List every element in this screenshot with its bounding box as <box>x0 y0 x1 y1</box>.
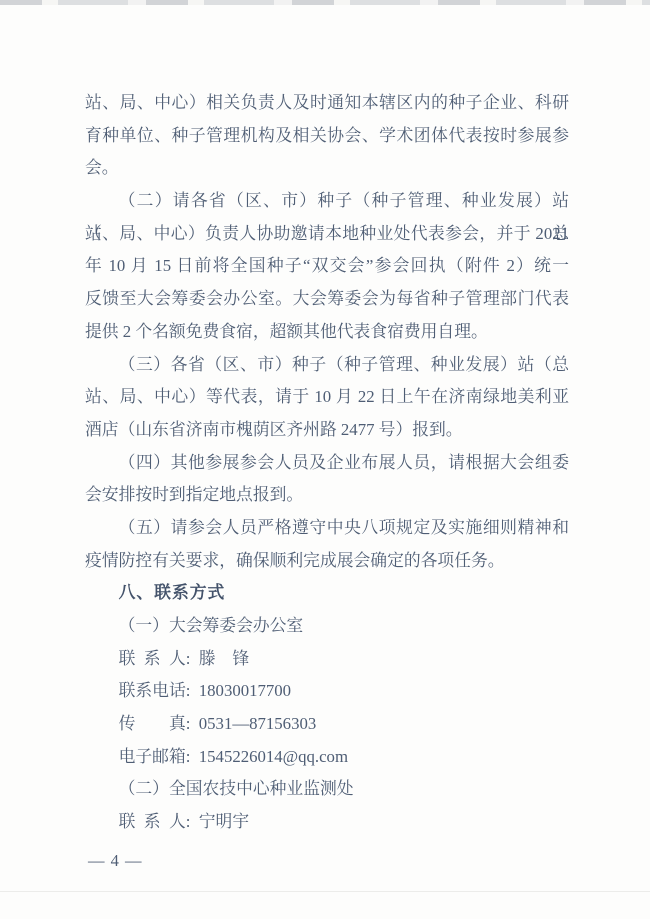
text-line: 提供 2 个名额免费食宿，超额其他代表食宿费用自理。 <box>85 316 569 349</box>
text-line: 育种单位、种子管理机构及相关协会、学术团体代表按时参展参 <box>85 120 569 153</box>
text-line: 酒店（山东省济南市槐荫区齐州路 2477 号）报到。 <box>85 414 569 447</box>
text-line: 反馈至大会筹委会办公室。大会筹委会为每省种子管理部门代表 <box>85 283 569 316</box>
scan-edge-artifact-top <box>0 0 650 5</box>
text-line: 年 10 月 15 日前将全国种子“双交会”参会回执（附件 2）统一 <box>85 250 569 283</box>
text-line: 会安排按时到指定地点报到。 <box>85 479 569 512</box>
text-line-item-4: （四）其他参展参会人员及企业布展人员，请根据大会组委 <box>85 447 569 480</box>
contact-email-line: 电子邮箱: 1545226014@qq.com <box>85 741 569 774</box>
text-line-item-5: （五）请参会人员严格遵守中央八项规定及实施细则精神和 <box>85 512 569 545</box>
contact-fax-line: 传 真: 0531—87156303 <box>85 708 569 741</box>
scan-edge-artifact-bottom <box>0 891 650 892</box>
text-line: 站、局、中心）相关负责人及时通知本辖区内的种子企业、科研 <box>85 87 569 120</box>
text-line: 会。 <box>85 152 569 185</box>
contact-office-2: （二）全国农技中心种业监测处 <box>85 773 569 806</box>
text-line: 站、局、中心）等代表，请于 10 月 22 日上午在济南绿地美利亚 <box>85 381 569 414</box>
document-page: 站、局、中心）相关负责人及时通知本辖区内的种子企业、科研 育种单位、种子管理机构… <box>0 0 650 919</box>
text-line-item-2: （二）请各省（区、市）种子（种子管理、种业发展）站（总 <box>85 185 569 218</box>
page-number: — 4 — <box>88 846 143 876</box>
text-line: 疫情防控有关要求，确保顺利完成展会确定的各项任务。 <box>85 545 569 578</box>
text-line-item-3: （三）各省（区、市）种子（种子管理、种业发展）站（总 <box>85 349 569 382</box>
contact-person-line: 联 系 人: 滕 锋 <box>85 643 569 676</box>
contact-office-1: （一）大会筹委会办公室 <box>85 610 569 643</box>
contact-person-line: 联 系 人: 宁明宇 <box>85 806 569 839</box>
section-heading-contact: 八、联系方式 <box>85 577 569 610</box>
document-body: 站、局、中心）相关负责人及时通知本辖区内的种子企业、科研 育种单位、种子管理机构… <box>85 87 569 839</box>
text-line: 站、局、中心）负责人协助邀请本地种业处代表参会，并于 2021 <box>85 218 569 251</box>
contact-phone-line: 联系电话: 18030017700 <box>85 675 569 708</box>
